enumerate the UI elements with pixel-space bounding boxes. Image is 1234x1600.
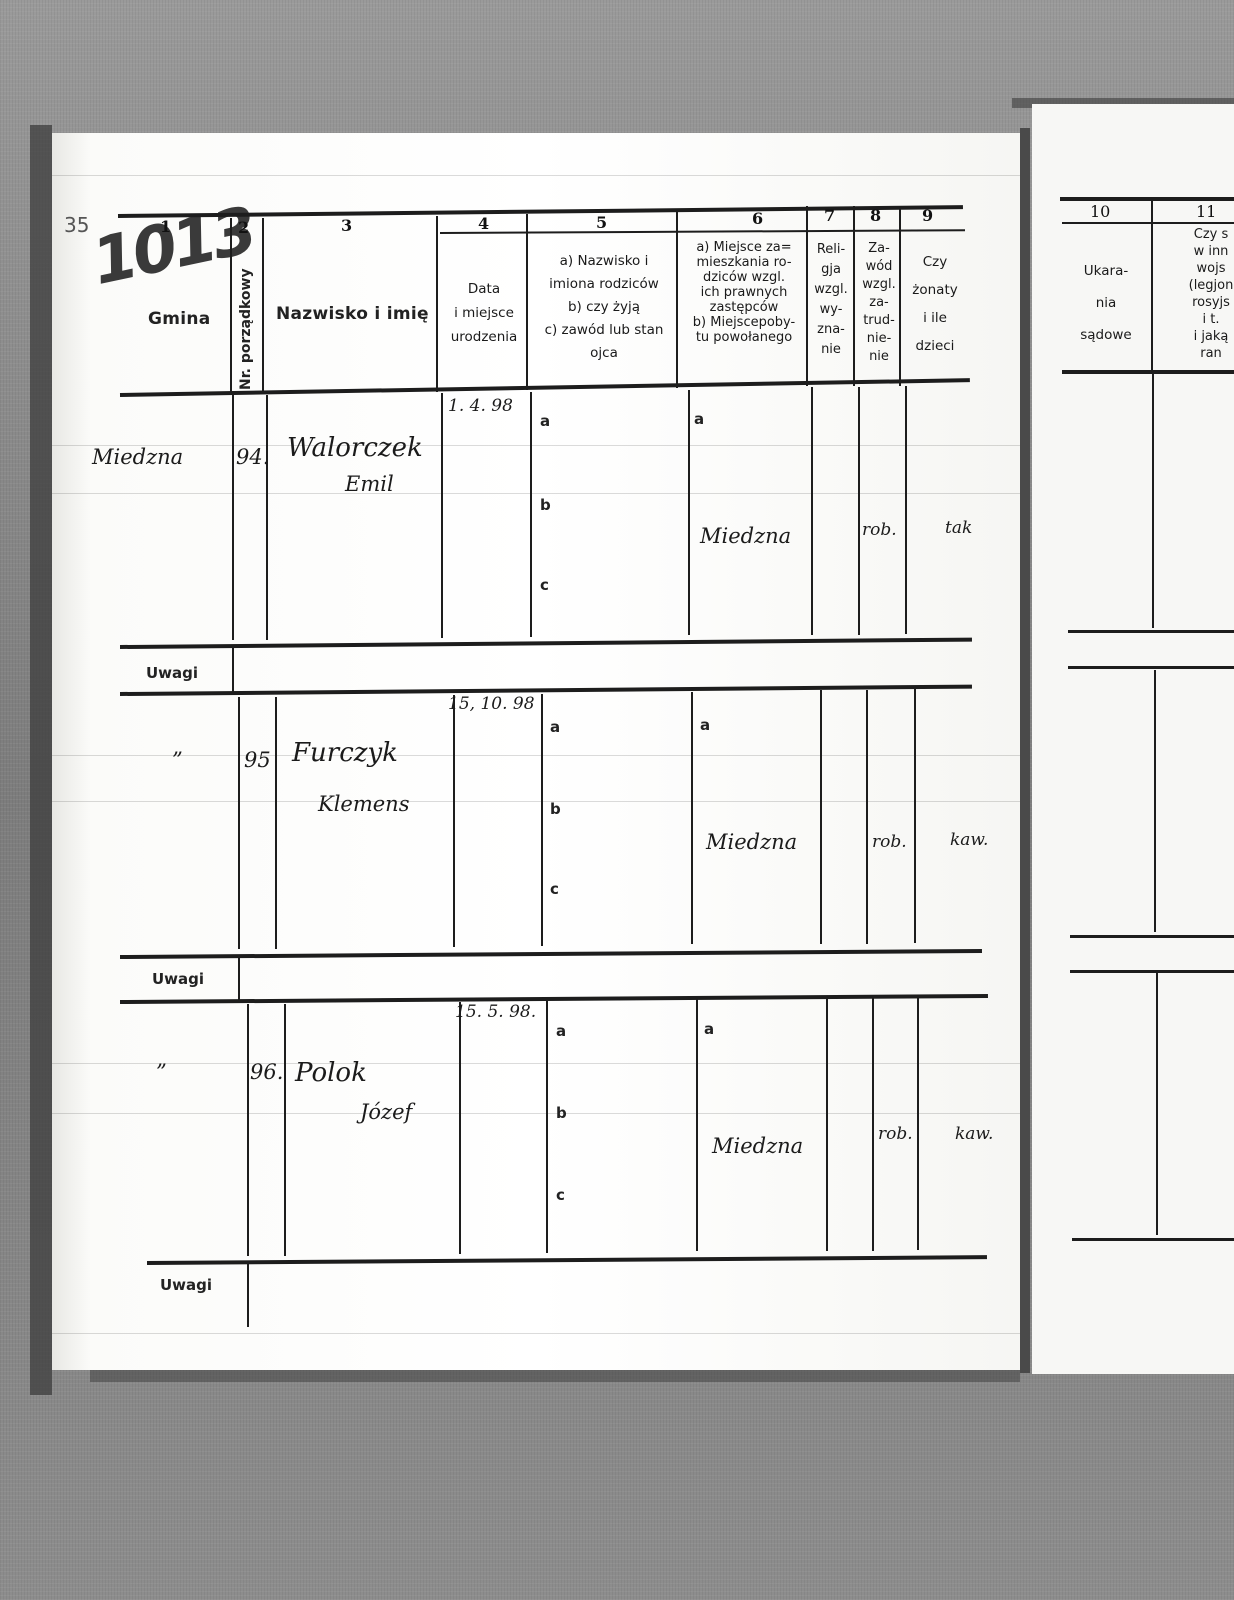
- entry-residence: Miedzna: [700, 524, 791, 548]
- entry-nr: 94.: [236, 445, 269, 469]
- col-divider: [530, 392, 532, 637]
- right-header-number-rule: [1062, 222, 1234, 224]
- remarks-label: Uwagi: [152, 970, 204, 988]
- entry-birth-date: 1. 4. 98: [448, 396, 513, 416]
- header-col11: Czy s w inn wojs (legjon rosyjs i t. i j…: [1156, 226, 1234, 362]
- page-shadow: [30, 125, 52, 1395]
- remarks-divider: [232, 648, 234, 692]
- corner-page-number: 35: [64, 213, 89, 237]
- col-number-6: 6: [752, 209, 763, 228]
- right-row-rule: [1072, 1238, 1234, 1241]
- col-divider: [914, 689, 916, 943]
- col-number-2: 2: [238, 218, 249, 237]
- sub-label-c: c: [556, 1186, 565, 1204]
- col-divider: [820, 690, 822, 944]
- entry-surname: Furczyk: [292, 738, 398, 768]
- entry-married: kaw.: [950, 830, 988, 850]
- col-divider: [247, 1004, 249, 1256]
- sub-label-a: a: [694, 410, 704, 428]
- entry-surname: Walorczek: [287, 433, 423, 463]
- entry-nr: 95: [244, 748, 271, 772]
- remarks-divider: [238, 958, 240, 1000]
- col-divider: [853, 206, 855, 386]
- entry-occupation: rob.: [878, 1124, 913, 1144]
- col-number-4: 4: [478, 214, 489, 233]
- col-number-5: 5: [596, 213, 607, 232]
- col-divider: [676, 212, 678, 388]
- col-divider: [232, 395, 234, 640]
- entry-birth-date: 15, 10. 98: [448, 694, 535, 714]
- sub-label-a: a: [556, 1022, 566, 1040]
- sub-label-b: b: [540, 496, 551, 514]
- col-number-8: 8: [870, 206, 881, 225]
- header-gmina: Gmina: [148, 309, 211, 329]
- col-divider: [917, 996, 919, 1250]
- entry-gmina: ”: [156, 1060, 167, 1084]
- col-number-9: 9: [922, 206, 933, 225]
- right-row-rule: [1070, 970, 1234, 973]
- col-divider: [899, 206, 901, 386]
- entry-first-name: Klemens: [318, 792, 409, 816]
- entry-first-name: Józef: [360, 1100, 412, 1124]
- col-divider: [858, 387, 860, 635]
- sub-label-b: b: [556, 1104, 567, 1122]
- entry-occupation: rob.: [862, 520, 897, 540]
- entry-gmina: ”: [172, 748, 183, 772]
- right-row-rule: [1070, 935, 1234, 938]
- col-number-10: 10: [1090, 202, 1110, 221]
- col-divider: [688, 390, 690, 635]
- entry-nr: 96.: [250, 1060, 283, 1084]
- col-divider: [284, 1004, 286, 1256]
- header-col8: Za- wód wzgl. za- trud- nie- nie: [856, 240, 902, 366]
- col-divider: [811, 387, 813, 635]
- col-divider: [459, 1002, 461, 1254]
- col-number-11: 11: [1196, 202, 1216, 221]
- entry-birth-date: 15. 5. 98.: [455, 1002, 536, 1022]
- entry-residence: Miedzna: [706, 830, 797, 854]
- col-divider: [826, 997, 828, 1251]
- header-col6: a) Miejsce za= mieszkania ro- dziców wzg…: [678, 240, 810, 345]
- right-header-top-rule: [1060, 197, 1234, 201]
- right-row-rule: [1068, 630, 1234, 633]
- page-shadow-bottom: [90, 1368, 1020, 1382]
- right-row-rule: [1068, 666, 1234, 669]
- col-divider: [1152, 372, 1154, 628]
- header-col9: Czy żonaty i ile dzieci: [902, 248, 968, 360]
- col-divider: [872, 997, 874, 1251]
- entry-residence: Miedzna: [712, 1134, 803, 1158]
- entry-first-name: Emil: [345, 472, 394, 496]
- right-header-bottom-rule: [1062, 370, 1234, 374]
- sub-label-a: a: [700, 716, 710, 734]
- col-divider: [806, 206, 808, 386]
- entry-gmina: Miedzna: [92, 445, 183, 469]
- col-divider: [691, 692, 693, 944]
- col-divider: [266, 395, 268, 640]
- col-number-7: 7: [824, 206, 835, 225]
- sub-label-c: c: [540, 576, 549, 594]
- header-col4: Data i miejsce urodzenia: [440, 277, 528, 349]
- sub-label-a: a: [550, 718, 560, 736]
- header-nazwisko-imie: Nazwisko i imię: [276, 304, 429, 324]
- remarks-divider: [247, 1262, 249, 1327]
- col-number-3: 3: [341, 216, 352, 235]
- remarks-label: Uwagi: [160, 1276, 212, 1294]
- book-spine: [1020, 128, 1030, 1373]
- col-divider: [526, 214, 528, 390]
- header-col5: a) Nazwisko i imiona rodziców b) czy żyj…: [530, 250, 678, 365]
- col-divider: [1154, 670, 1156, 932]
- entry-surname: Polok: [295, 1058, 367, 1088]
- sub-label-a: a: [540, 412, 550, 430]
- col-divider: [905, 386, 907, 634]
- col-divider: [1156, 973, 1158, 1235]
- sub-label-a: a: [704, 1020, 714, 1038]
- sub-label-c: c: [550, 880, 559, 898]
- col-divider: [453, 695, 455, 947]
- col-number-1: 1: [160, 217, 171, 236]
- col-divider: [238, 697, 240, 949]
- entry-married: tak: [945, 518, 972, 538]
- header-col10: Ukara- nia sądowe: [1062, 255, 1150, 351]
- col-divider: [262, 218, 264, 394]
- col-divider: [441, 393, 443, 638]
- col-divider: [546, 1001, 548, 1253]
- entry-occupation: rob.: [872, 832, 907, 852]
- col-divider: [436, 216, 438, 392]
- sub-label-b: b: [550, 800, 561, 818]
- remarks-label: Uwagi: [146, 664, 198, 682]
- col-divider: [866, 690, 868, 944]
- col-divider: [696, 999, 698, 1251]
- header-nr-porzadkowy: Nr. porządkowy: [238, 262, 254, 390]
- col-divider: [230, 218, 232, 394]
- entry-married: kaw.: [955, 1124, 993, 1144]
- col-divider: [275, 697, 277, 949]
- header-col7: Reli- gja wzgl. wy- zna- nie: [808, 240, 854, 360]
- col-divider: [1151, 200, 1153, 370]
- col-divider: [541, 694, 543, 946]
